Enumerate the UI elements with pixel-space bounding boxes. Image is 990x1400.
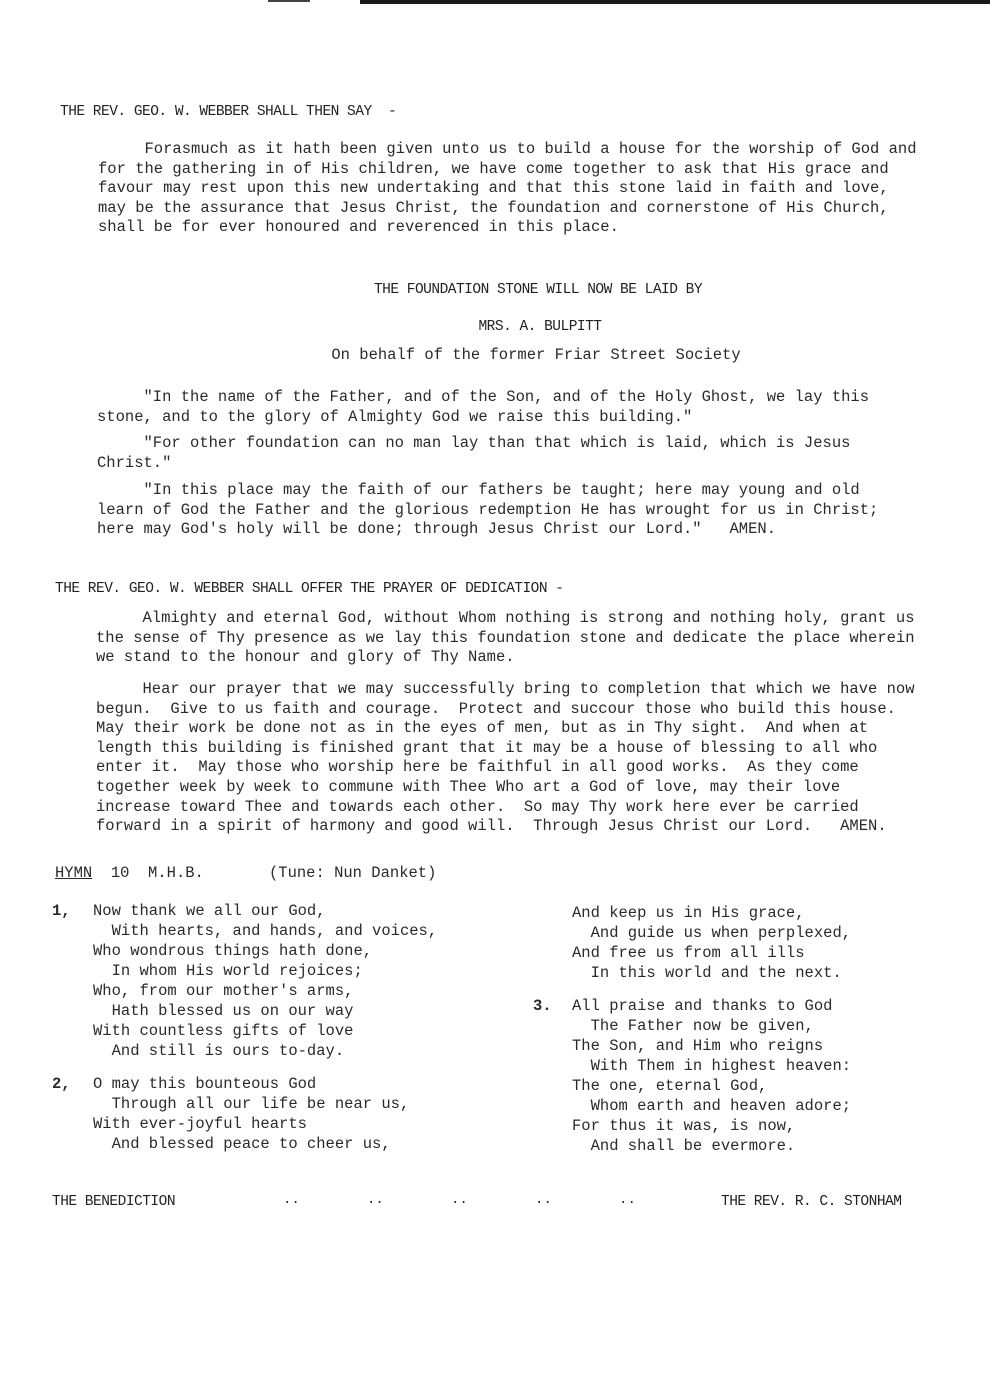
hymn-line: The Father now be given, (572, 1016, 814, 1036)
hymn-line: With countless gifts of love (93, 1021, 353, 1041)
declaration-paragraph: "For other foundation can no man lay tha… (97, 434, 850, 473)
hymn-line: Who, from our mother's arms, (93, 981, 353, 1001)
hymn-line: And free us from all ills (572, 943, 805, 963)
section-heading-webber-say: THE REV. GEO. W. WEBBER SHALL THEN SAY - (60, 104, 396, 120)
paragraph: Almighty and eternal God, without Whom n… (96, 609, 915, 668)
hymn-line: The Son, and Him who reigns (572, 1036, 823, 1056)
hymn-line: The one, eternal God, (572, 1076, 767, 1096)
hymn-line: With Them in highest heaven: (572, 1056, 851, 1076)
hymn-line: In whom His world rejoices; (93, 961, 363, 981)
section-heading-prayer-dedication: THE REV. GEO. W. WEBBER SHALL OFFER THE … (55, 581, 564, 597)
declaration-paragraph: "In the name of the Father, and of the S… (97, 388, 869, 427)
hymn-line: And shall be evermore. (572, 1136, 795, 1156)
hymn-line: Who wondrous things hath done, (93, 941, 372, 961)
benediction-label: THE BENEDICTION (52, 1194, 175, 1210)
benediction-officiant: THE REV. R. C. STONHAM (721, 1194, 901, 1210)
verse-number: 3. (533, 996, 552, 1016)
page-edge-mark (268, 0, 310, 2)
hymn-label: HYMN (55, 864, 92, 882)
page-edge-mark (360, 0, 990, 4)
hymn-line: All praise and thanks to God (572, 996, 832, 1016)
hymn-line: For thus it was, is now, (572, 1116, 795, 1136)
layer-behalf: On behalf of the former Friar Street Soc… (0, 346, 990, 364)
hymn-line: In this world and the next. (572, 963, 842, 983)
hymn-number: 10 M.H.B. (111, 864, 204, 882)
hymn-line: And keep us in His grace, (572, 903, 805, 923)
hymn-line: And blessed peace to cheer us, (93, 1134, 391, 1154)
layer-name: MRS. A. BULPITT (0, 319, 990, 335)
hymn-line: With ever-joyful hearts (93, 1114, 307, 1134)
hymn-line: With hearts, and hands, and voices, (93, 921, 437, 941)
verse-number: 2, (52, 1074, 71, 1094)
hymn-tune: (Tune: Nun Danket) (269, 864, 436, 882)
paragraph: Forasmuch as it hath been given unto us … (98, 140, 917, 238)
hymn-line: And still is ours to-day. (93, 1041, 344, 1061)
hymn-line: And guide us when perplexed, (572, 923, 851, 943)
dot-leaders: .. .. .. .. .. (283, 1192, 636, 1208)
declaration-paragraph: "In this place may the faith of our fath… (97, 481, 878, 540)
hymn-line: Hath blessed us on our way (93, 1001, 353, 1021)
hymn-header: HYMN 10 M.H.B. (Tune: Nun Danket) (55, 864, 436, 882)
verse-number: 1, (52, 901, 71, 921)
hymn-line: Whom earth and heaven adore; (572, 1096, 851, 1116)
hymn-line: Now thank we all our God, (93, 901, 326, 921)
stone-laying-heading: THE FOUNDATION STONE WILL NOW BE LAID BY (0, 282, 990, 298)
hymn-line: O may this bounteous God (93, 1074, 316, 1094)
paragraph: Hear our prayer that we may successfully… (96, 680, 915, 837)
hymn-line: Through all our life be near us, (93, 1094, 409, 1114)
